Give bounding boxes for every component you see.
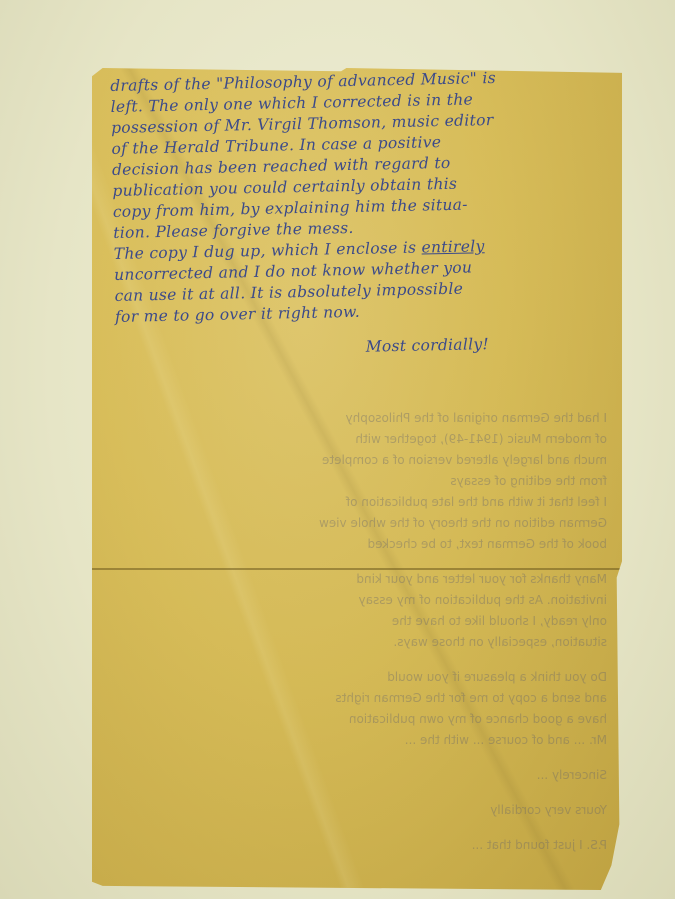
bleed-through-line: German edition on the theory of the whol… [112, 513, 607, 534]
bleed-through-line: Yours very cordially [112, 800, 607, 821]
bleed-through-line: Sincerely ... [112, 765, 607, 786]
bleed-through-line: much and largely altered version of a co… [112, 450, 607, 471]
bleed-through-line [112, 786, 607, 800]
bleed-through-line [112, 751, 607, 765]
bleed-through-line: Many thanks for your letter and your kin… [112, 569, 607, 590]
bleed-through-line: have a good chance of my own publication [112, 709, 607, 730]
bleed-through-line: Do you think a pleasure if you would [112, 667, 607, 688]
bleed-through-line: book of the German text, to be checked [112, 534, 607, 555]
handwritten-text: drafts of the "Philosophy of advanced Mu… [110, 65, 621, 363]
bleed-through-line: of modern Music (1941-49), together with [112, 429, 607, 450]
bleed-through-line: from the editing of essays [112, 471, 607, 492]
bleed-through-line: P.S. I just found that ... [112, 835, 607, 856]
bleed-through-text: I had the German original of the Philoso… [112, 408, 607, 856]
bleed-through-line: and send a copy to me for the German rig… [112, 688, 607, 709]
closing-salutation: Most cordially! [116, 331, 621, 363]
bleed-through-line: only ready, I should like to have the [112, 611, 607, 632]
bleed-through-line [112, 555, 607, 569]
bleed-through-line: I had the German original of the Philoso… [112, 408, 607, 429]
bleed-through-line [112, 821, 607, 835]
bleed-through-line: invitation. As the publication of my ess… [112, 590, 607, 611]
letter-sheet: I had the German original of the Philoso… [92, 68, 622, 890]
bleed-through-line: I feel that it with and the late publica… [112, 492, 607, 513]
bleed-through-line [112, 653, 607, 667]
bleed-through-line: Mr. ... and of course ... with the ... [112, 730, 607, 751]
underlined-word: entirely [421, 237, 484, 256]
bleed-through-line: situation, especially on those ways. [112, 632, 607, 653]
